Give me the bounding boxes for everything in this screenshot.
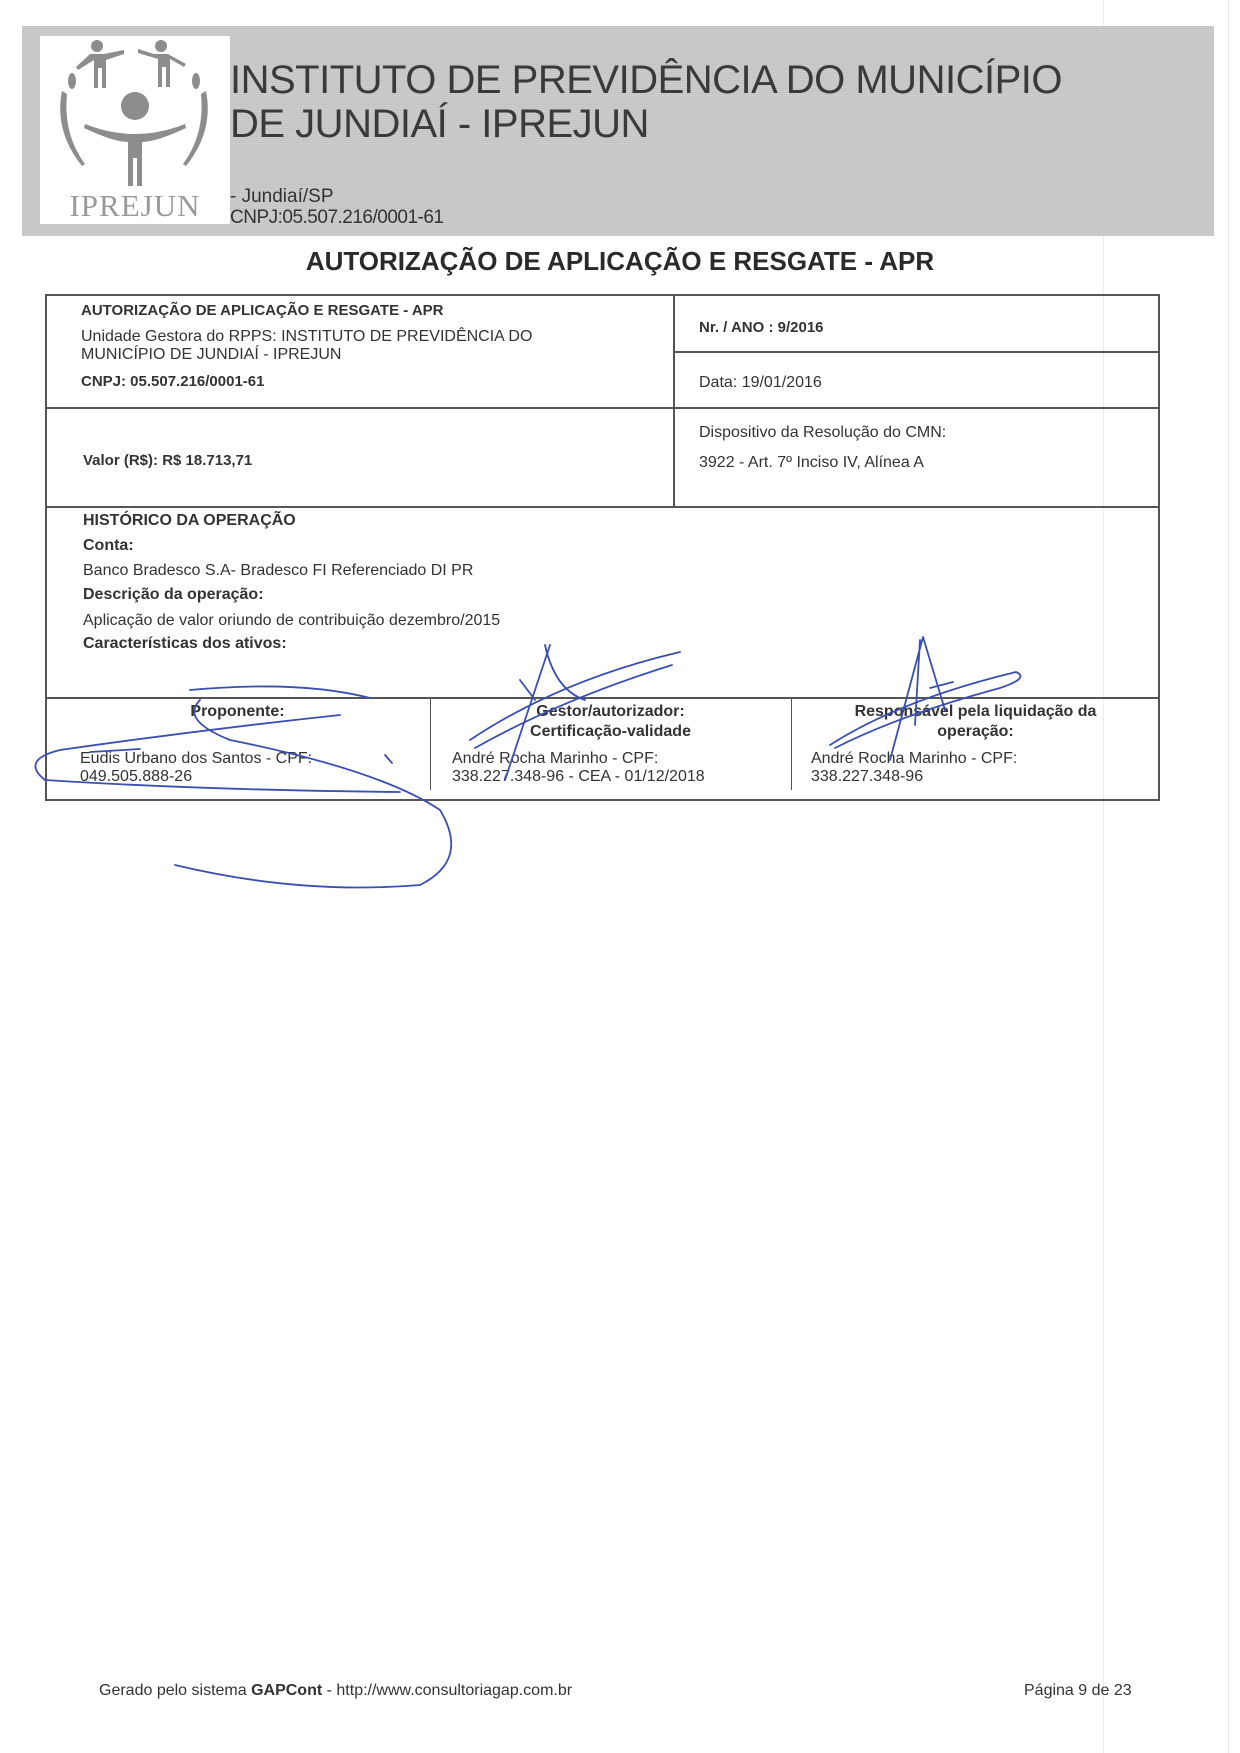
institution-name-line1: INSTITUTO DE PREVIDÊNCIA DO MUNICÍPIO: [230, 58, 1062, 102]
column-divider: [673, 294, 675, 508]
gestor-role: Gestor/autorizador:: [430, 702, 791, 721]
form-cnpj: CNPJ: 05.507.216/0001-61: [81, 372, 264, 391]
dispositivo-label: Dispositivo da Resolução do CMN:: [699, 423, 946, 442]
proponente-name: Eudis Urbano dos Santos - CPF:: [80, 749, 312, 768]
proponente-cpf: 049.505.888-26: [80, 767, 192, 786]
unidade-gestora-line2: MUNICÍPIO DE JUNDIAÍ - IPREJUN: [81, 345, 341, 364]
conta-value: Banco Bradesco S.A- Bradesco FI Referenc…: [83, 561, 473, 580]
proponente-role: Proponente:: [45, 702, 430, 721]
institution-name-line2: DE JUNDIAÍ - IPREJUN: [230, 102, 1062, 146]
responsavel-role-cont: operação:: [791, 722, 1160, 741]
page-number: Página 9 de 23: [1024, 1682, 1132, 1700]
valor-label: Valor (R$):: [83, 452, 158, 469]
valor-field: Valor (R$): R$ 18.713,71: [83, 451, 252, 470]
row-divider: [45, 697, 1160, 699]
form-section-title: AUTORIZAÇÃO DE APLICAÇÃO E RESGATE - APR: [81, 301, 444, 320]
responsavel-role: Responsável pela liquidação da: [791, 702, 1160, 721]
unidade-gestora-line1: Unidade Gestora do RPPS: INSTITUTO DE PR…: [81, 327, 532, 346]
row-divider: [45, 506, 1160, 508]
people-circle-logo-icon: [40, 36, 230, 186]
nr-ano: Nr. / ANO : 9/2016: [699, 318, 824, 337]
institution-cnpj: CNPJ:05.507.216/0001-61: [230, 207, 444, 229]
gestor-certificacao: Certificação-validade: [430, 722, 791, 741]
conta-label: Conta:: [83, 536, 134, 555]
historico-title: HISTÓRICO DA OPERAÇÃO: [83, 511, 296, 530]
row-divider: [673, 351, 1160, 353]
responsavel-cpf: 338.227.348-96: [811, 767, 923, 786]
footer-system-name: GAPCont: [251, 1682, 322, 1699]
form-date: Data: 19/01/2016: [699, 373, 822, 392]
valor-amount: R$ 18.713,71: [162, 452, 252, 469]
descricao-label: Descrição da operação:: [83, 585, 264, 604]
institution-name: INSTITUTO DE PREVIDÊNCIA DO MUNICÍPIO DE…: [230, 58, 1062, 146]
caracteristicas-label: Características dos ativos:: [83, 634, 287, 653]
responsavel-name: André Rocha Marinho - CPF:: [811, 749, 1017, 768]
descricao-value: Aplicação de valor oriundo de contribuiç…: [83, 611, 500, 630]
footer-url[interactable]: - http://www.consultoriagap.com.br: [322, 1682, 572, 1699]
footer-generated-by: Gerado pelo sistema GAPCont - http://www…: [99, 1682, 572, 1700]
institution-logo: IPREJUN: [40, 36, 230, 224]
row-divider: [45, 407, 1160, 409]
gestor-name: André Rocha Marinho - CPF:: [452, 749, 658, 768]
gestor-cpf: 338.227.348-96 - CEA - 01/12/2018: [452, 767, 705, 786]
institution-city: - Jundiaí/SP: [230, 186, 334, 208]
dispositivo-value: 3922 - Art. 7º Inciso IV, Alínea A: [699, 453, 924, 472]
document-title: AUTORIZAÇÃO DE APLICAÇÃO E RESGATE - APR: [0, 246, 1240, 277]
logo-wordmark: IPREJUN: [40, 188, 230, 224]
footer-prefix: Gerado pelo sistema: [99, 1682, 251, 1699]
